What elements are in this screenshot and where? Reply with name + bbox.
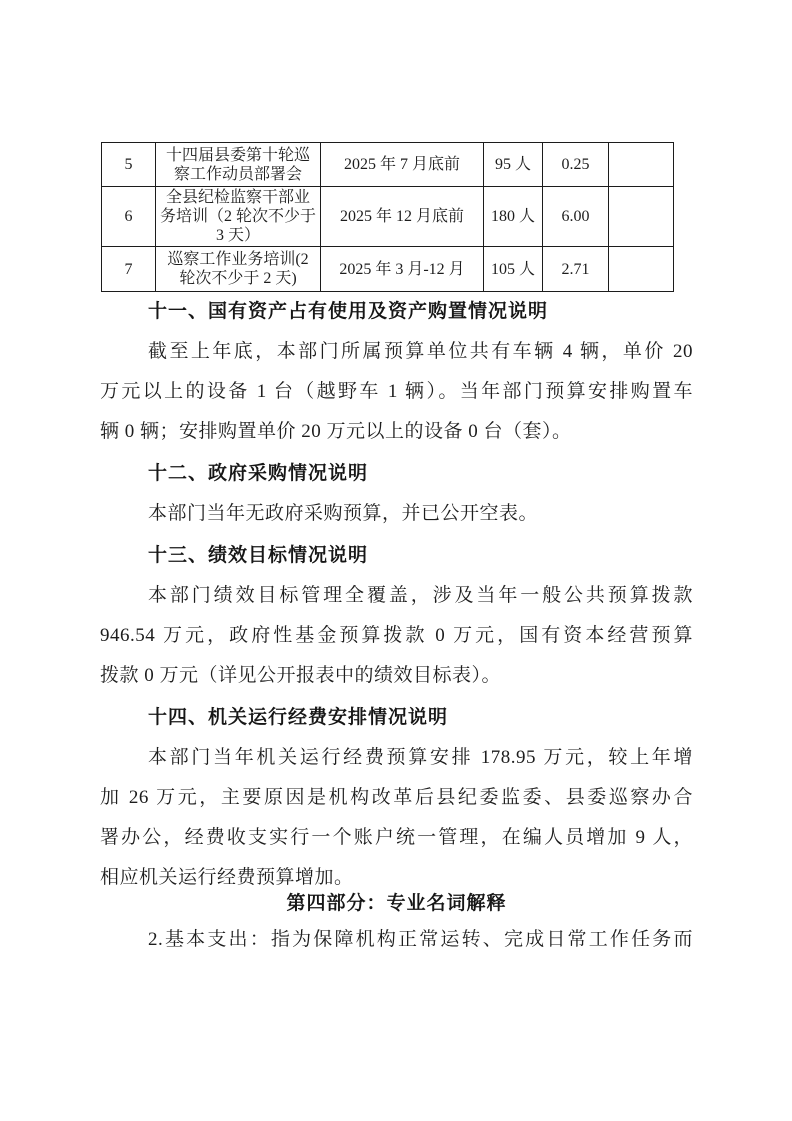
paragraph-line: 万元以上的设备 1 台（越野车 1 辆）。当年部门预算安排购置车 xyxy=(100,372,693,412)
cell-project-name: 十四届县委第十轮巡察工作动员部署会 xyxy=(156,143,321,187)
paragraph-line: 本部门当年无政府采购预算，并已公开空表。 xyxy=(100,494,693,534)
cell-project-name: 巡察工作业务培训(2 轮次不少于 2 天) xyxy=(156,247,321,292)
cell-participants: 105 人 xyxy=(484,247,543,292)
cell-blank xyxy=(609,247,674,292)
cell-blank xyxy=(609,187,674,247)
section-14-heading: 十四、机关运行经费安排情况说明 xyxy=(100,698,693,738)
cell-seq: 6 xyxy=(102,187,156,247)
paragraph-line: 截至上年底，本部门所属预算单位共有车辆 4 辆，单价 20 xyxy=(100,332,693,372)
part-4-first-line: 2.基本支出：指为保障机构正常运转、完成日常工作任务而 xyxy=(100,920,693,960)
cell-project-name: 全县纪检监察干部业务培训（2 轮次不少于 3 天） xyxy=(156,187,321,247)
section-11-heading: 十一、国有资产占有使用及资产购置情况说明 xyxy=(100,292,693,332)
cell-deadline: 2025 年 12 月底前 xyxy=(321,187,484,247)
paragraph-line: 946.54 万元，政府性基金预算拨款 0 万元，国有资本经营预算 xyxy=(100,616,693,656)
paragraph-line: 拨款 0 万元（详见公开报表中的绩效目标表）。 xyxy=(100,656,693,696)
paragraph-line: 本部门当年机关运行经费预算安排 178.95 万元，较上年增 xyxy=(100,738,693,778)
cell-seq: 5 xyxy=(102,143,156,187)
table-row: 6 全县纪检监察干部业务培训（2 轮次不少于 3 天） 2025 年 12 月底… xyxy=(102,187,674,247)
section-13-paragraph: 本部门绩效目标管理全覆盖，涉及当年一般公共预算拨款 946.54 万元，政府性基… xyxy=(100,576,693,696)
section-14-paragraph: 本部门当年机关运行经费预算安排 178.95 万元，较上年增 加 26 万元，主… xyxy=(100,738,693,898)
cell-deadline: 2025 年 7 月底前 xyxy=(321,143,484,187)
cell-participants: 95 人 xyxy=(484,143,543,187)
training-plan-table: 5 十四届县委第十轮巡察工作动员部署会 2025 年 7 月底前 95 人 0.… xyxy=(101,142,674,292)
cell-blank xyxy=(609,143,674,187)
cell-deadline: 2025 年 3 月-12 月 xyxy=(321,247,484,292)
paragraph-line: 辆 0 辆；安排购置单价 20 万元以上的设备 0 台（套）。 xyxy=(100,412,693,452)
cell-amount: 6.00 xyxy=(543,187,609,247)
section-11-paragraph: 截至上年底，本部门所属预算单位共有车辆 4 辆，单价 20 万元以上的设备 1 … xyxy=(100,332,693,452)
document-page: 5 十四届县委第十轮巡察工作动员部署会 2025 年 7 月底前 95 人 0.… xyxy=(0,0,792,1121)
cell-participants: 180 人 xyxy=(484,187,543,247)
table-row: 5 十四届县委第十轮巡察工作动员部署会 2025 年 7 月底前 95 人 0.… xyxy=(102,143,674,187)
paragraph-line: 署办公，经费收支实行一个账户统一管理，在编人员增加 9 人， xyxy=(100,818,693,858)
cell-amount: 2.71 xyxy=(543,247,609,292)
table-row: 7 巡察工作业务培训(2 轮次不少于 2 天) 2025 年 3 月-12 月 … xyxy=(102,247,674,292)
cell-seq: 7 xyxy=(102,247,156,292)
paragraph-line: 本部门绩效目标管理全覆盖，涉及当年一般公共预算拨款 xyxy=(100,576,693,616)
document-body: 十一、国有资产占有使用及资产购置情况说明 截至上年底，本部门所属预算单位共有车辆… xyxy=(100,290,693,960)
paragraph-line: 加 26 万元，主要原因是机构改革后县纪委监委、县委巡察办合 xyxy=(100,778,693,818)
section-12-paragraph: 本部门当年无政府采购预算，并已公开空表。 xyxy=(100,494,693,534)
cell-amount: 0.25 xyxy=(543,143,609,187)
section-13-heading: 十三、绩效目标情况说明 xyxy=(100,536,693,576)
section-12-heading: 十二、政府采购情况说明 xyxy=(100,454,693,494)
